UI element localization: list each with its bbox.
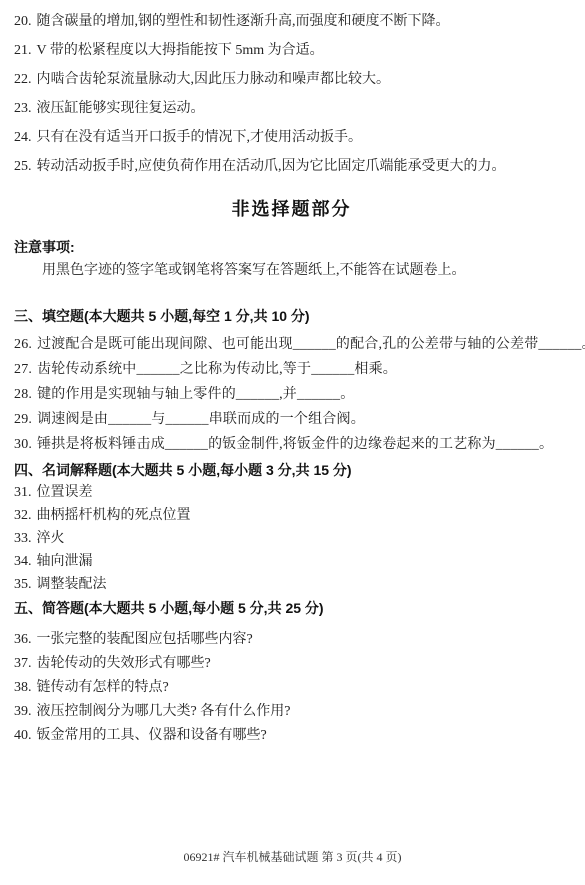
question-number: 26. [14,337,32,352]
question-text: 一张完整的装配图应包括哪些内容? [37,632,253,647]
question-text: 位置误差 [37,485,93,500]
question-number: 34. [14,554,32,569]
question-text: 内啮合齿轮泵流量脉动大,因此压力脉动和噪声都比较大。 [37,72,391,87]
question-27: 27.齿轮传动系统中______之比称为传动比,等于______相乘。 [14,360,569,380]
question-number: 30. [14,437,32,452]
question-number: 25. [14,159,32,174]
notice-title: 注意事项: [14,237,569,257]
question-text: 只有在没有适当开口扳手的情况下,才使用活动扳手。 [37,130,363,145]
question-number: 40. [14,728,32,743]
question-number: 29. [14,412,32,427]
question-33: 33.淬火 [14,529,569,549]
question-text: 调整装配法 [37,577,107,592]
question-number: 32. [14,508,32,523]
question-26: 26.过渡配合是既可能出现间隙、也可能出现______的配合,孔的公差带与轴的公… [14,335,569,355]
question-38: 38.链传动有怎样的特点? [14,678,569,698]
question-text: 淬火 [37,531,65,546]
question-22: 22.内啮合齿轮泵流量脉动大,因此压力脉动和噪声都比较大。 [14,70,569,90]
question-text: 键的作用是实现轴与轴上零件的______,并______。 [37,387,354,402]
notice-body: 用黑色字迹的签字笔或钢笔将答案写在答题纸上,不能答在试题卷上。 [14,261,569,281]
question-21: 21.V 带的松紧程度以大拇指能按下 5mm 为合适。 [14,41,569,61]
question-number: 27. [14,362,32,377]
question-25: 25.转动活动扳手时,应使负荷作用在活动爪,因为它比固定爪端能承受更大的力。 [14,157,569,177]
question-number: 39. [14,704,32,719]
question-text: 链传动有怎样的特点? [37,680,169,695]
question-text: 齿轮传动系统中______之比称为传动比,等于______相乘。 [37,362,397,377]
section-heading-fill: 三、填空题(本大题共 5 小题,每空 1 分,共 10 分) [14,306,569,326]
question-text: 调速阀是由______与______串联而成的一个组合阀。 [37,412,365,427]
question-number: 23. [14,101,32,116]
question-text: V 带的松紧程度以大拇指能按下 5mm 为合适。 [37,43,324,58]
question-text: 曲柄摇杆机构的死点位置 [37,508,191,523]
exam-paper-page: 20.随含碳量的增加,钢的塑性和韧性逐渐升高,而强度和硬度不断下降。 21.V … [0,0,585,885]
question-text: 液压缸能够实现往复运动。 [37,101,205,116]
question-36: 36.一张完整的装配图应包括哪些内容? [14,630,569,650]
question-number: 36. [14,632,32,647]
question-number: 33. [14,531,32,546]
question-28: 28.键的作用是实现轴与轴上零件的______,并______。 [14,385,569,405]
question-text: 随含碳量的增加,钢的塑性和韧性逐渐升高,而强度和硬度不断下降。 [37,14,450,29]
question-39: 39.液压控制阀分为哪几大类? 各有什么作用? [14,702,569,722]
question-number: 20. [14,14,32,29]
question-35: 35.调整装配法 [14,575,569,595]
question-23: 23.液压缸能够实现往复运动。 [14,99,569,119]
question-number: 35. [14,577,32,592]
section-heading-short-answer: 五、简答题(本大题共 5 小题,每小题 5 分,共 25 分) [14,598,569,618]
question-number: 31. [14,485,32,500]
section-heading-terms: 四、名词解释题(本大题共 5 小题,每小题 3 分,共 15 分) [14,460,569,480]
question-40: 40.钣金常用的工具、仪器和设备有哪些? [14,726,569,746]
question-text: 轴向泄漏 [37,554,93,569]
page-content: 20.随含碳量的增加,钢的塑性和韧性逐渐升高,而强度和硬度不断下降。 21.V … [0,0,585,746]
question-number: 22. [14,72,32,87]
question-30: 30.锤拱是将板料锤击成______的钣金制件,将钣金件的边缘卷起来的工艺称为_… [14,435,569,455]
page-footer: 06921# 汽车机械基础试题 第 3 页(共 4 页) [0,848,585,865]
question-31: 31.位置误差 [14,483,569,503]
question-20: 20.随含碳量的增加,钢的塑性和韧性逐渐升高,而强度和硬度不断下降。 [14,12,569,32]
question-text: 转动活动扳手时,应使负荷作用在活动爪,因为它比固定爪端能承受更大的力。 [37,159,506,174]
question-text: 齿轮传动的失效形式有哪些? [37,656,211,671]
part-title: 非选择题部分 [14,197,569,221]
question-text: 钣金常用的工具、仪器和设备有哪些? [37,728,267,743]
question-number: 38. [14,680,32,695]
question-number: 21. [14,43,32,58]
question-29: 29.调速阀是由______与______串联而成的一个组合阀。 [14,410,569,430]
question-text: 液压控制阀分为哪几大类? 各有什么作用? [37,704,291,719]
question-24: 24.只有在没有适当开口扳手的情况下,才使用活动扳手。 [14,128,569,148]
question-32: 32.曲柄摇杆机构的死点位置 [14,506,569,526]
question-37: 37.齿轮传动的失效形式有哪些? [14,654,569,674]
question-34: 34.轴向泄漏 [14,552,569,572]
question-text: 过渡配合是既可能出现间隙、也可能出现______的配合,孔的公差带与轴的公差带_… [37,337,585,352]
question-text: 锤拱是将板料锤击成______的钣金制件,将钣金件的边缘卷起来的工艺称为____… [37,437,553,452]
question-number: 37. [14,656,32,671]
question-number: 28. [14,387,32,402]
question-number: 24. [14,130,32,145]
